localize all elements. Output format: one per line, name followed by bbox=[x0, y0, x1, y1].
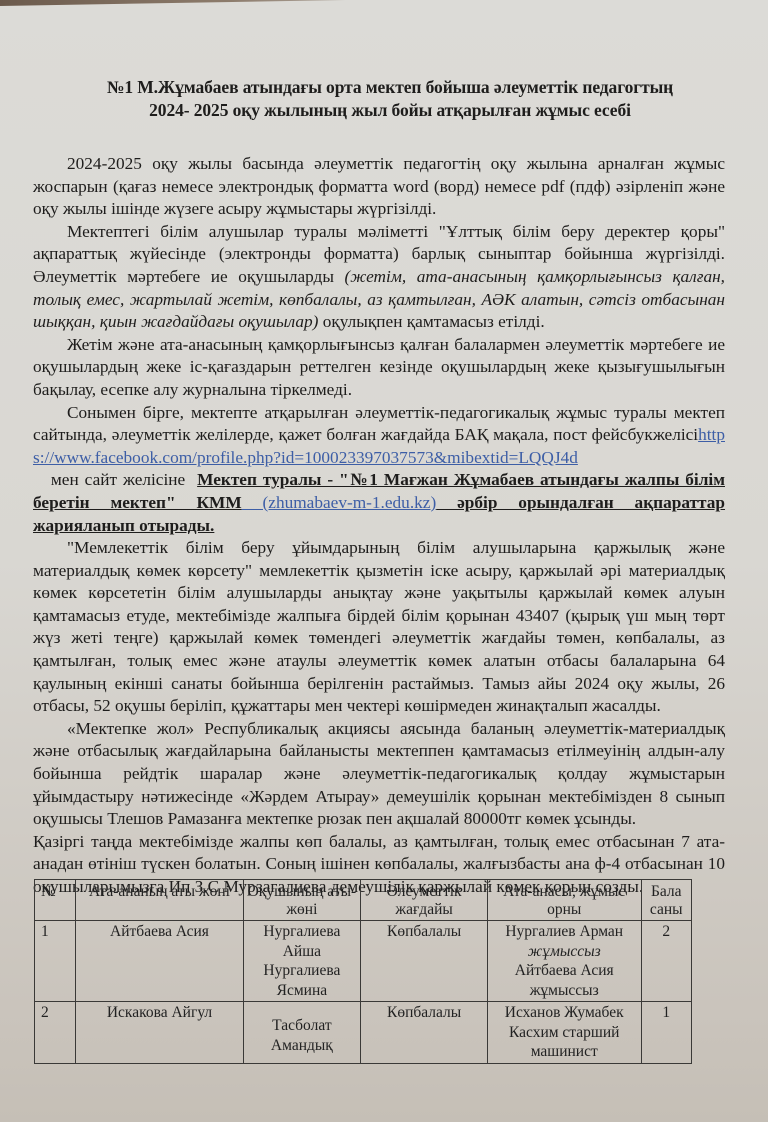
title-line-1: №1 М.Жұмабаев атындағы орта мектеп бойыш… bbox=[60, 76, 720, 99]
student-name-line: Нургалиева bbox=[248, 961, 357, 981]
cell-social-status: Көпбалалы bbox=[361, 921, 488, 1002]
student-name-line: Ясмина bbox=[248, 981, 357, 1001]
cell-parent-workplace: Исханов ЖумабекКасхим старшиймашинист bbox=[487, 1002, 641, 1064]
title-line-2: 2024- 2025 оқу жылының жыл бойы атқарылғ… bbox=[60, 99, 720, 122]
workplace-line: Айтбаева Асия bbox=[492, 961, 637, 981]
paragraph-road-to-school: «Мектепке жол» Республикалық акциясы аяс… bbox=[33, 718, 725, 831]
cell-parent-name: Искакова Айгул bbox=[76, 1002, 243, 1064]
cell-child-count: 2 bbox=[641, 921, 691, 1002]
cell-student-name: ТасболатАмандық bbox=[243, 1002, 361, 1064]
student-name-line: Нургалиева bbox=[248, 922, 357, 942]
paragraph-text: мен сайт желісіне bbox=[33, 470, 197, 489]
report-body: 2024-2025 оқу жылы басында әлеуметтік пе… bbox=[33, 150, 725, 899]
aid-recipients-table: № Ата-ананың аты жөні Оқушының аты-жөні … bbox=[34, 879, 692, 1064]
cell-parent-workplace: Нургалиев АрманжұмыссызАйтбаева Асияжұмы… bbox=[487, 921, 641, 1002]
student-name-line: Амандық bbox=[248, 1036, 357, 1056]
photo-edge-shadow bbox=[0, 0, 768, 6]
paragraph-database: Мектептегі білім алушылар туралы мәлімет… bbox=[33, 221, 725, 334]
school-website-link[interactable]: (zhumabaev-m-1.edu.kz) bbox=[242, 493, 437, 512]
workplace-line: жұмыссыз bbox=[492, 981, 637, 1001]
paragraph-orphans: Жетім және ата-анасының қамқорлығынсыз қ… bbox=[33, 334, 725, 402]
table-row: 1Айтбаева АсияНургалиеваАйшаНургалиеваЯс… bbox=[35, 921, 692, 1002]
paragraph-publicity: Сонымен бірге, мектепте атқарылған әлеум… bbox=[33, 402, 725, 538]
table-row: 2Искакова АйгулТасболатАмандықКөпбалалыИ… bbox=[35, 1002, 692, 1064]
cell-student-name: НургалиеваАйшаНургалиеваЯсмина bbox=[243, 921, 361, 1002]
student-name-line: Айша bbox=[248, 942, 357, 962]
cell-parent-name: Айтбаева Асия bbox=[76, 921, 243, 1002]
workplace-line: Исханов Жумабек bbox=[492, 1003, 637, 1023]
cell-number: 2 bbox=[35, 1002, 76, 1064]
table-header-row: № Ата-ананың аты жөні Оқушының аты-жөні … bbox=[35, 880, 692, 921]
header-social-status: Әлеуметтік жағдайы bbox=[361, 880, 488, 921]
header-child-count: Бала саны bbox=[641, 880, 691, 921]
paragraph-text: оқулықпен қамтамасыз етілді. bbox=[318, 312, 544, 331]
header-student-name: Оқушының аты-жөні bbox=[243, 880, 361, 921]
workplace-line: Нургалиев Арман bbox=[492, 922, 637, 942]
cell-number: 1 bbox=[35, 921, 76, 1002]
workplace-line: машинист bbox=[492, 1042, 637, 1062]
paragraph-text: Сонымен бірге, мектепте атқарылған әлеум… bbox=[33, 403, 725, 445]
header-parent-workplace: Ата-анасы, жұмыс орны bbox=[487, 880, 641, 921]
header-number: № bbox=[35, 880, 76, 921]
workplace-line: Касхим старший bbox=[492, 1023, 637, 1043]
paragraph-plan: 2024-2025 оқу жылы басында әлеуметтік пе… bbox=[33, 153, 725, 221]
cell-child-count: 1 bbox=[641, 1002, 691, 1064]
document-title: №1 М.Жұмабаев атындағы орта мектеп бойыш… bbox=[60, 76, 720, 122]
header-parent-name: Ата-ананың аты жөні bbox=[76, 880, 243, 921]
workplace-line: жұмыссыз bbox=[492, 942, 637, 962]
paragraph-financial-aid: "Мемлекеттік білім беру ұйымдарының білі… bbox=[33, 537, 725, 718]
student-name-line: Тасболат bbox=[248, 1016, 357, 1036]
cell-social-status: Көпбалалы bbox=[361, 1002, 488, 1064]
